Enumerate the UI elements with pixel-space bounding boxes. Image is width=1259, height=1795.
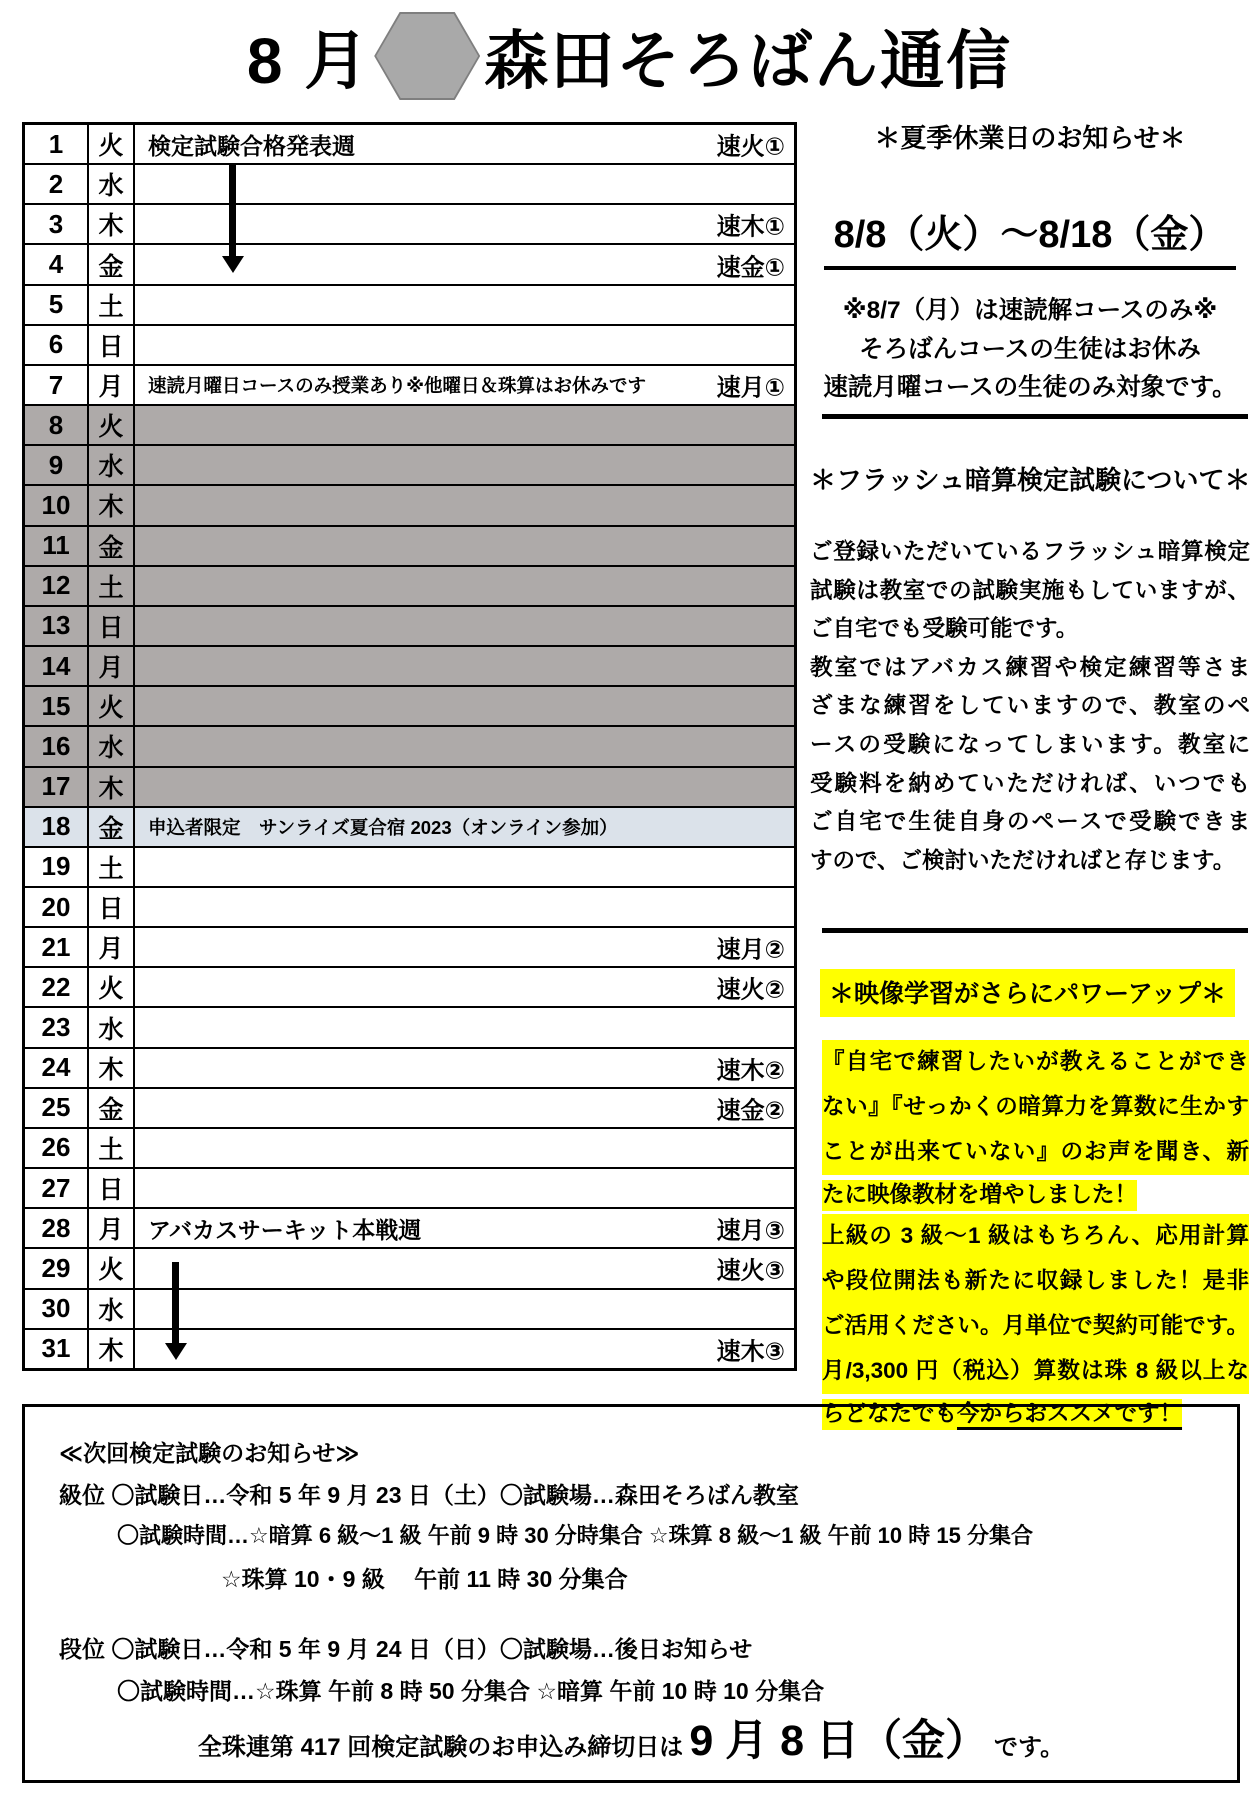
weekday-cell: 月 — [89, 366, 135, 404]
event-cell: 速月② — [135, 928, 794, 966]
weekday-cell: 水 — [89, 1290, 135, 1328]
event-cell: 速金② — [135, 1089, 794, 1127]
weekday-cell: 火 — [89, 687, 135, 725]
event-cell — [135, 446, 794, 484]
weekday-cell: 月 — [89, 647, 135, 685]
day-cell: 8 — [25, 406, 89, 444]
video-paragraph-line: 上級の 3 級～1 級はもちろん、応用計算 — [822, 1214, 1249, 1259]
flash-paragraph-line: ースの受験になってしまいます。教室に — [810, 726, 1250, 765]
table-row: 31木速木③ — [25, 1330, 794, 1368]
course-tag: 速木① — [717, 207, 785, 242]
summer-holiday-section: ＊夏季休業日のお知らせ＊ 8/8（火）～8/18（金） ※8/7（月）は速読解コ… — [805, 118, 1255, 408]
table-row: 6日 — [25, 326, 794, 366]
day-cell: 19 — [25, 848, 89, 886]
event-cell: アバカスサーキット本戦週速月③ — [135, 1209, 794, 1247]
flash-paragraph-line: 教室ではアバカス練習や検定練習等さま — [810, 649, 1250, 688]
deadline-date: 9 月 8 日（金） — [689, 1707, 988, 1768]
day-cell: 26 — [25, 1129, 89, 1167]
video-heading: ＊映像学習がさらにパワーアップ＊ — [820, 969, 1235, 1017]
weekday-cell: 土 — [89, 1129, 135, 1167]
day-cell: 27 — [25, 1169, 89, 1207]
table-row: 28月アバカスサーキット本戦週速月③ — [25, 1209, 794, 1249]
day-cell: 24 — [25, 1049, 89, 1087]
event-cell — [135, 888, 794, 926]
deadline-prefix: 全珠連第 417 回検定試験のお申込み締切日は — [198, 1727, 683, 1762]
table-row: 27日 — [25, 1169, 794, 1209]
day-cell: 31 — [25, 1330, 89, 1368]
day-cell: 2 — [25, 165, 89, 203]
day-cell: 7 — [25, 366, 89, 404]
event-cell: 検定試験合格発表週速火① — [135, 125, 794, 163]
video-paragraph-line: ことが出来ていない』のお声を聞き、新 — [822, 1130, 1249, 1175]
title-name: 森田そろばん通信 — [484, 10, 1012, 102]
day-cell: 13 — [25, 607, 89, 645]
weekday-cell: 日 — [89, 1169, 135, 1207]
course-tag: 速木② — [717, 1050, 785, 1085]
exam-dani-date-line: 段位 〇試験日…令和 5 年 9 月 24 日（日）〇試験場…後日お知らせ — [59, 1631, 752, 1664]
event-cell — [135, 687, 794, 725]
exam-dani-time-line: 〇試験時間…☆珠算 午前 8 時 50 分集合 ☆暗算 午前 10 時 10 分… — [117, 1673, 824, 1706]
table-row: 2水 — [25, 165, 794, 205]
course-tag: 速月② — [717, 930, 785, 965]
summer-date-range: 8/8（火）～8/18（金） — [824, 203, 1237, 270]
table-row: 25金速金② — [25, 1089, 794, 1129]
weekday-cell: 金 — [89, 245, 135, 283]
weekday-cell: 月 — [89, 928, 135, 966]
event-cell — [135, 848, 794, 886]
table-row: 1火検定試験合格発表週速火① — [25, 125, 794, 165]
exam-kyui-time-line2: ☆珠算 10・9 級 午前 11 時 30 分集合 — [221, 1561, 628, 1594]
table-row: 29火速火③ — [25, 1249, 794, 1289]
table-row: 5土 — [25, 286, 794, 326]
day-cell: 11 — [25, 527, 89, 565]
weekday-cell: 木 — [89, 1049, 135, 1087]
event-cell — [135, 1290, 794, 1328]
event-text: 検定試験合格発表週 — [148, 128, 355, 161]
course-tag: 速月③ — [717, 1211, 785, 1246]
flash-paragraph-line: ご自宅でも受験可能です。 — [810, 610, 1250, 649]
weekday-cell: 土 — [89, 848, 135, 886]
table-row: 18金申込者限定 サンライズ夏合宿 2023（オンライン参加） — [25, 808, 794, 848]
title-month: 8 月 — [247, 10, 370, 102]
course-tag: 速火② — [717, 970, 785, 1005]
flash-paragraph: ご登録いただいているフラッシュ暗算検定試験は教室での試験実施もしていますが、ご自… — [810, 533, 1250, 880]
weekday-cell: 木 — [89, 486, 135, 524]
table-row: 14月 — [25, 647, 794, 687]
event-text: 申込者限定 サンライズ夏合宿 2023（オンライン参加） — [148, 814, 618, 840]
day-cell: 6 — [25, 326, 89, 364]
weekday-cell: 水 — [89, 1008, 135, 1046]
weekday-cell: 金 — [89, 1089, 135, 1127]
flash-heading: ＊フラッシュ暗算検定試験について＊ — [810, 460, 1250, 497]
table-row: 7月速読月曜日コースのみ授業あり※他曜日＆珠算はお休みです速月① — [25, 366, 794, 406]
video-paragraph: 『自宅で練習したいが教えることができない』『せっかくの暗算力を算数に生かすことが… — [822, 1040, 1249, 1433]
weekday-cell: 火 — [89, 968, 135, 1006]
exam-notice-box: ≪次回検定試験のお知らせ≫ 級位 〇試験日…令和 5 年 9 月 23 日（土）… — [22, 1404, 1240, 1783]
weekday-cell: 木 — [89, 205, 135, 243]
weekday-cell: 金 — [89, 527, 135, 565]
day-cell: 21 — [25, 928, 89, 966]
event-cell — [135, 527, 794, 565]
summer-note-line: 速読月曜コースの生徒のみ対象です。 — [805, 369, 1255, 408]
summer-notes: ※8/7（月）は速読解コースのみ※そろばんコースの生徒はお休み速読月曜コースの生… — [805, 292, 1255, 408]
video-paragraph-line: 『自宅で練習したいが教えることができ — [822, 1040, 1249, 1085]
video-paragraph-line: や段位開法も新たに収録しました！是非 — [822, 1259, 1249, 1304]
table-row: 30水 — [25, 1290, 794, 1330]
exam-kyui-time-line: 〇試験時間…☆暗算 6 級～1 級 午前 9 時 30 分時集合 ☆珠算 8 級… — [117, 1519, 1033, 1550]
weekday-cell: 木 — [89, 1330, 135, 1368]
table-row: 13日 — [25, 607, 794, 647]
weekday-cell: 日 — [89, 607, 135, 645]
weekday-cell: 土 — [89, 567, 135, 605]
event-text: 速読月曜日コースのみ授業あり※他曜日＆珠算はお休みです — [148, 372, 646, 398]
weekday-cell: 土 — [89, 286, 135, 324]
day-cell: 22 — [25, 968, 89, 1006]
course-tag: 速金② — [717, 1090, 785, 1125]
weekday-cell: 日 — [89, 888, 135, 926]
table-row: 9水 — [25, 446, 794, 486]
course-tag: 速月① — [717, 368, 785, 403]
summer-note-line: ※8/7（月）は速読解コースのみ※ — [805, 292, 1255, 331]
course-tag: 速木③ — [717, 1331, 785, 1366]
video-paragraph-line: たに映像教材を増やしました！ — [822, 1175, 1249, 1214]
event-cell — [135, 406, 794, 444]
day-cell: 1 — [25, 125, 89, 163]
deadline-line: 全珠連第 417 回検定試験のお申込み締切日は 9 月 8 日（金） です。 — [25, 1707, 1237, 1768]
weekday-cell: 日 — [89, 326, 135, 364]
weekday-cell: 水 — [89, 727, 135, 765]
table-row: 26土 — [25, 1129, 794, 1169]
flash-paragraph-line: ご自宅で生徒自身のペースで受験できま — [810, 803, 1250, 842]
day-cell: 25 — [25, 1089, 89, 1127]
summer-note-line: そろばんコースの生徒はお休み — [805, 331, 1255, 370]
weekday-cell: 月 — [89, 1209, 135, 1247]
course-tag: 速火① — [717, 127, 785, 162]
table-row: 3木速木① — [25, 205, 794, 245]
event-cell — [135, 567, 794, 605]
table-row: 12土 — [25, 567, 794, 607]
day-cell: 3 — [25, 205, 89, 243]
day-cell: 18 — [25, 808, 89, 846]
table-row: 8火 — [25, 406, 794, 446]
calendar-table: 1火検定試験合格発表週速火①2水3木速木①4金速金①5土6日7月速読月曜日コース… — [22, 122, 797, 1371]
table-row: 16水 — [25, 727, 794, 767]
weekday-cell: 水 — [89, 446, 135, 484]
event-cell: 速木② — [135, 1049, 794, 1087]
weekday-cell: 水 — [89, 165, 135, 203]
event-cell — [135, 286, 794, 324]
day-cell: 30 — [25, 1290, 89, 1328]
event-cell: 速読月曜日コースのみ授業あり※他曜日＆珠算はお休みです速月① — [135, 366, 794, 404]
table-row: 23水 — [25, 1008, 794, 1048]
video-paragraph-line: ご活用ください。月単位で契約可能です。 — [822, 1304, 1249, 1349]
event-cell — [135, 727, 794, 765]
day-cell: 14 — [25, 647, 89, 685]
weekday-cell: 火 — [89, 1249, 135, 1287]
weekday-cell: 木 — [89, 768, 135, 806]
summer-heading: ＊夏季休業日のお知らせ＊ — [805, 118, 1255, 155]
event-cell — [135, 647, 794, 685]
day-cell: 12 — [25, 567, 89, 605]
down-arrow — [172, 1262, 179, 1344]
day-cell: 5 — [25, 286, 89, 324]
exam-heading: ≪次回検定試験のお知らせ≫ — [59, 1435, 359, 1468]
day-cell: 20 — [25, 888, 89, 926]
event-cell — [135, 486, 794, 524]
course-tag: 速金① — [717, 247, 785, 282]
deadline-suffix: です。 — [994, 1727, 1064, 1762]
video-paragraph-line: 月/3,300 円（税込）算数は珠 8 級以上な — [822, 1349, 1249, 1394]
event-cell — [135, 1129, 794, 1167]
table-row: 22火速火② — [25, 968, 794, 1008]
event-cell: 速木③ — [135, 1330, 794, 1368]
event-cell: 申込者限定 サンライズ夏合宿 2023（オンライン参加） — [135, 808, 794, 846]
flash-anzan-section: ＊フラッシュ暗算検定試験について＊ ご登録いただいているフラッシュ暗算検定試験は… — [810, 460, 1250, 880]
event-text: アバカスサーキット本戦週 — [148, 1212, 421, 1245]
table-row: 11金 — [25, 527, 794, 567]
day-cell: 23 — [25, 1008, 89, 1046]
event-cell — [135, 1008, 794, 1046]
section-divider — [822, 414, 1248, 419]
course-tag: 速火③ — [717, 1251, 785, 1286]
event-cell: 速火③ — [135, 1249, 794, 1287]
event-cell: 速火② — [135, 968, 794, 1006]
day-cell: 28 — [25, 1209, 89, 1247]
day-cell: 15 — [25, 687, 89, 725]
section-divider — [822, 928, 1248, 933]
event-cell — [135, 768, 794, 806]
day-cell: 9 — [25, 446, 89, 484]
hexagon-icon — [374, 12, 480, 100]
down-arrow — [229, 164, 236, 257]
table-row: 15火 — [25, 687, 794, 727]
flash-paragraph-line: ざまな練習をしていますので、教室のペ — [810, 687, 1250, 726]
flash-paragraph-line: 受験料を納めていただければ、いつでも — [810, 765, 1250, 804]
day-cell: 17 — [25, 768, 89, 806]
event-cell — [135, 326, 794, 364]
day-cell: 4 — [25, 245, 89, 283]
flash-paragraph-line: すので、ご検討いただければと存じます。 — [810, 842, 1250, 881]
table-row: 21月速月② — [25, 928, 794, 968]
flash-paragraph-line: ご登録いただいているフラッシュ暗算検定 — [810, 533, 1250, 572]
day-cell: 29 — [25, 1249, 89, 1287]
day-cell: 16 — [25, 727, 89, 765]
day-cell: 10 — [25, 486, 89, 524]
table-row: 20日 — [25, 888, 794, 928]
event-cell — [135, 607, 794, 645]
weekday-cell: 火 — [89, 125, 135, 163]
table-row: 19土 — [25, 848, 794, 888]
page-title: 8 月 森田そろばん通信 — [0, 10, 1259, 102]
weekday-cell: 火 — [89, 406, 135, 444]
weekday-cell: 金 — [89, 808, 135, 846]
exam-kyui-date-line: 級位 〇試験日…令和 5 年 9 月 23 日（土）〇試験場…森田そろばん教室 — [59, 1477, 799, 1510]
table-row: 17木 — [25, 768, 794, 808]
video-paragraph-line: ない』『せっかくの暗算力を算数に生かす — [822, 1085, 1249, 1130]
table-row: 10木 — [25, 486, 794, 526]
event-cell — [135, 1169, 794, 1207]
table-row: 24木速木② — [25, 1049, 794, 1089]
table-row: 4金速金① — [25, 245, 794, 285]
flash-paragraph-line: 試験は教室での試験実施もしていますが、 — [810, 572, 1250, 611]
